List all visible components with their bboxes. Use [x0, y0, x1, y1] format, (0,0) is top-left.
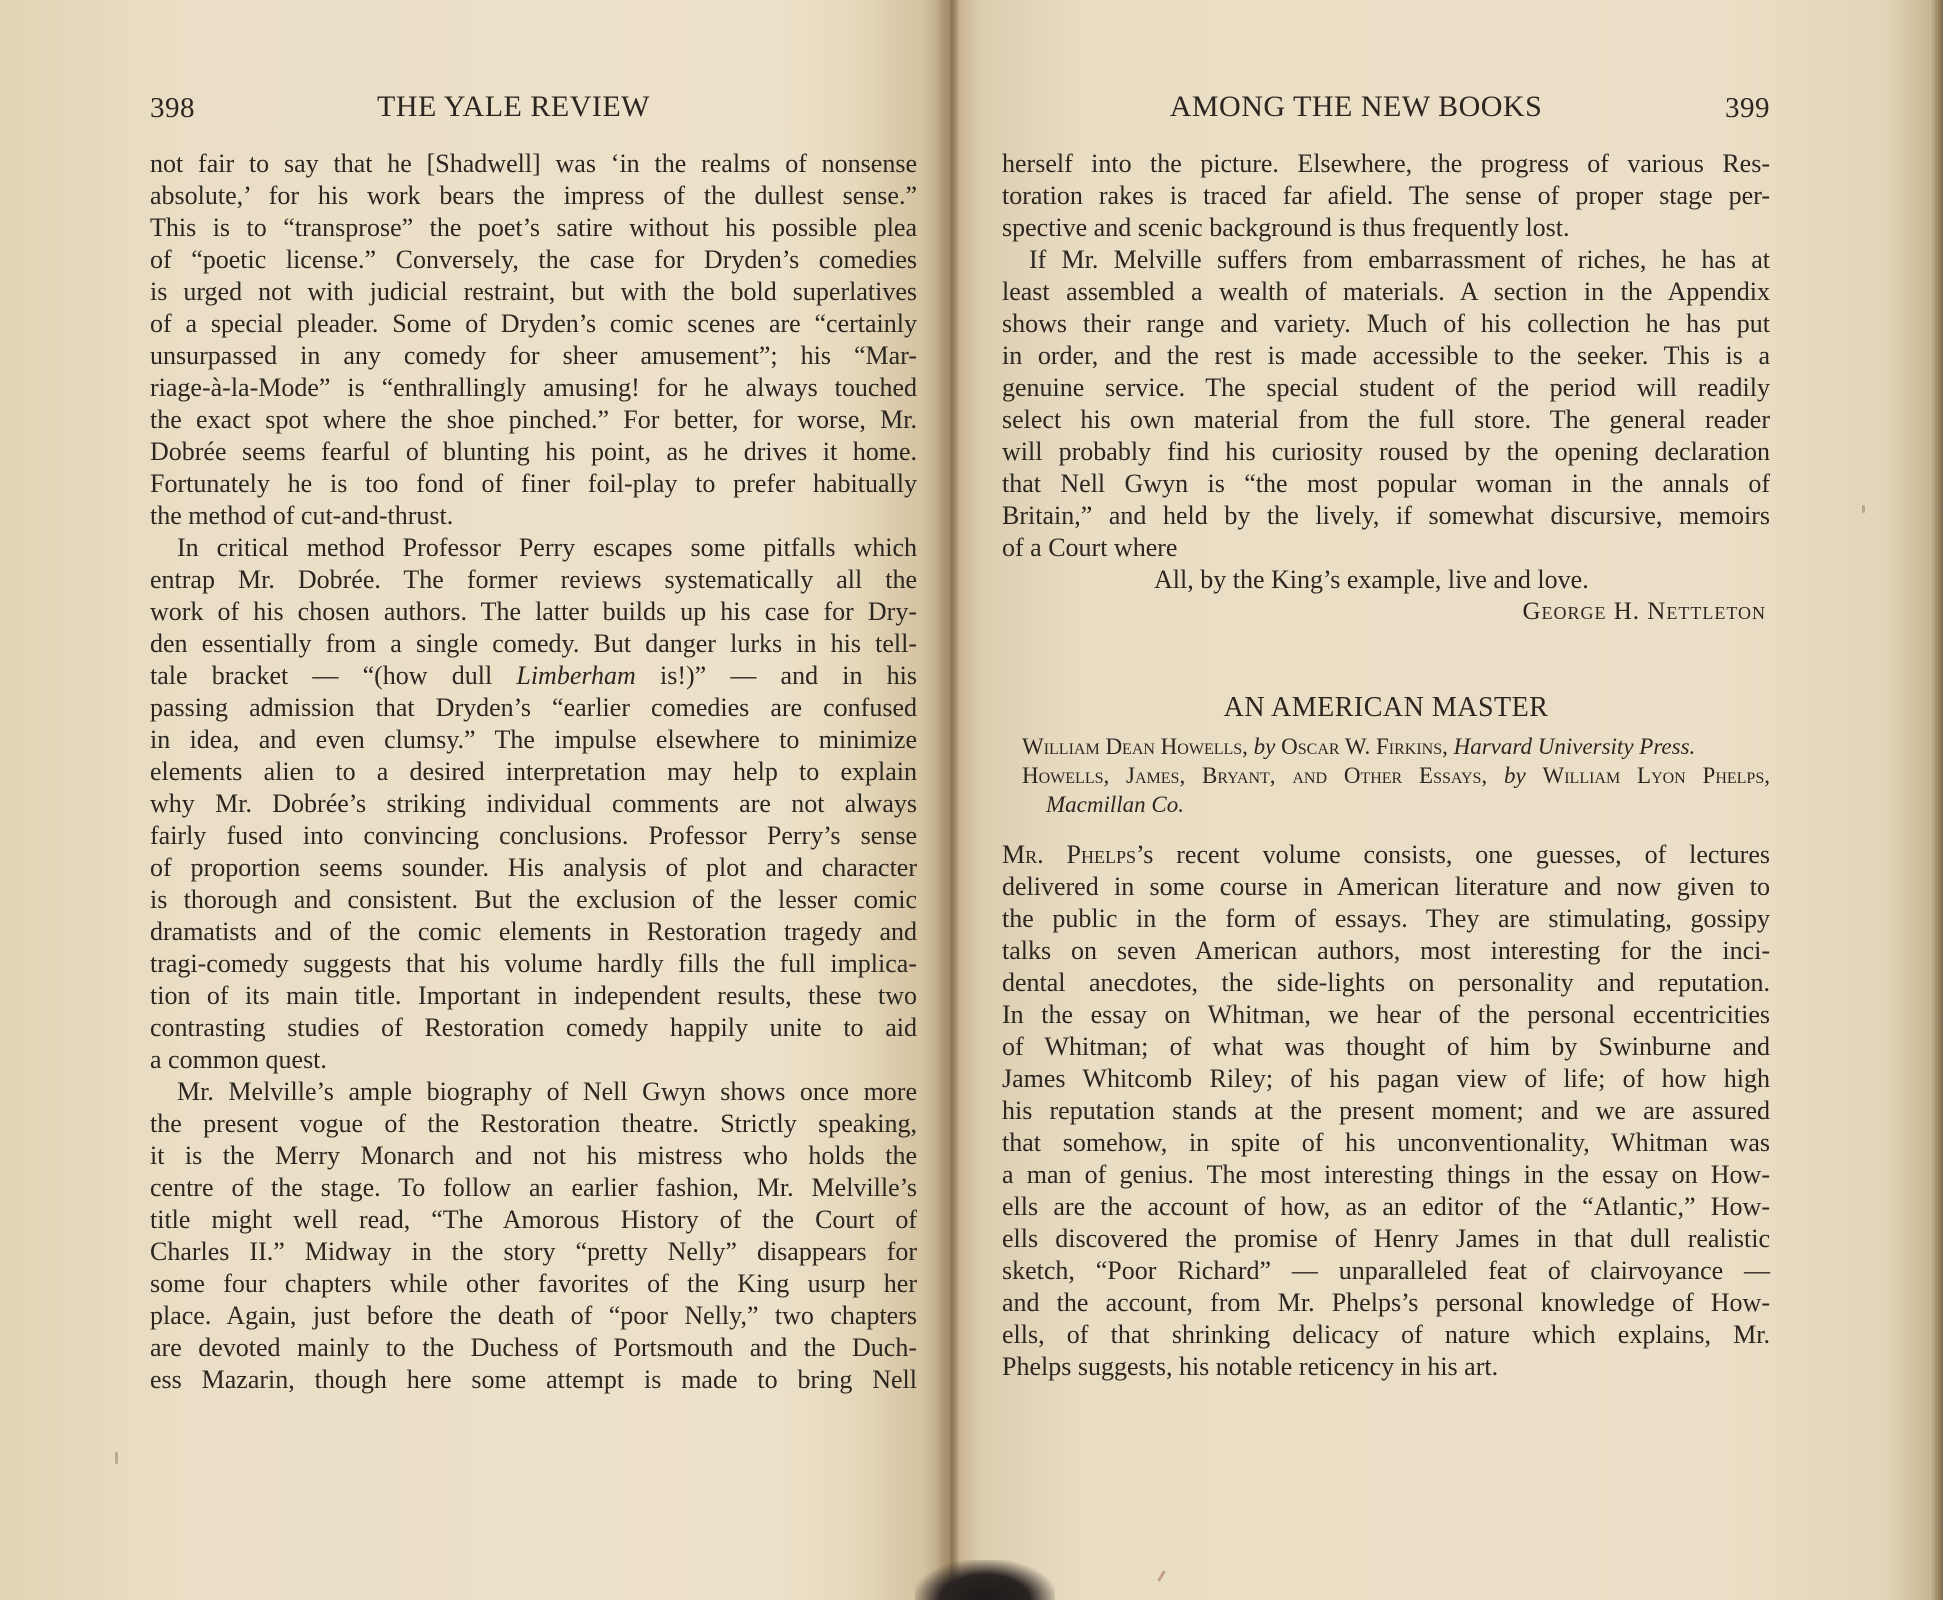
reviewer-signature: George H. Nettleton	[1002, 596, 1770, 632]
text-line: title might well read, “The Amorous Hist…	[150, 1204, 917, 1236]
text-line: place. Again, just before the death of “…	[150, 1300, 917, 1332]
paper-speck	[1862, 505, 1865, 513]
running-head-right: AMONG THE NEW BOOKS 399	[1002, 90, 1770, 130]
text-line: that somehow, in spite of his unconventi…	[1002, 1127, 1770, 1159]
text-line: entrap Mr. Dobrée. The former reviews sy…	[150, 564, 917, 596]
text-line: toration rakes is traced far afield. The…	[1002, 180, 1770, 212]
right-body-text: herself into the picture. Elsewhere, the…	[1002, 148, 1770, 1383]
text-line: genuine service. The special student of …	[1002, 372, 1770, 404]
text-line: it is the Merry Monarch and not his mist…	[150, 1140, 917, 1172]
paragraph-start: If Mr. Melville suffers from embarrassme…	[1002, 244, 1770, 276]
text-line: Charles II.” Midway in the story “pretty…	[150, 1236, 917, 1268]
text-line: spective and scenic background is thus f…	[1002, 212, 1770, 244]
text-line: his reputation stands at the present mom…	[1002, 1095, 1770, 1127]
text-span: tale bracket — “(how dull	[150, 661, 516, 690]
text-line: a man of genius. The most interesting th…	[1002, 1159, 1770, 1191]
text-line: absolute,’ for his work bears the impres…	[150, 180, 917, 212]
left-body-text: not fair to say that he [Shadwell] was ‘…	[150, 148, 917, 1396]
section-running-title: AMONG THE NEW BOOKS	[942, 90, 1770, 124]
text-line: the method of cut-and-thrust.	[150, 500, 917, 532]
text-line: dramatists and of the comic elements in …	[150, 916, 917, 948]
left-page: 398 THE YALE REVIEW not fair to say that…	[150, 0, 917, 1600]
text-line: select his own material from the full st…	[1002, 404, 1770, 436]
text-line: will probably find his curiosity roused …	[1002, 436, 1770, 468]
text-span: is!)” — and in his	[636, 661, 917, 690]
text-line: delivered in some course in American lit…	[1002, 871, 1770, 903]
right-page: AMONG THE NEW BOOKS 399 herself into the…	[1002, 0, 1770, 1600]
book-publisher: Macmillan Co.	[1046, 792, 1184, 817]
text-line: of a Court where	[1002, 532, 1770, 564]
text-line: is urged not with judicial restraint, bu…	[150, 276, 917, 308]
journal-title: THE YALE REVIEW	[110, 90, 917, 124]
text-line: least assembled a wealth of materials. A…	[1002, 276, 1770, 308]
text-line: Dobrée seems fearful of blunting his poi…	[150, 436, 917, 468]
running-head-left: 398 THE YALE REVIEW	[150, 90, 917, 130]
text-line: ells are the account of how, as an edito…	[1002, 1191, 1770, 1223]
text-line: talks on seven American authors, most in…	[1002, 935, 1770, 967]
text-line: is thorough and consistent. But the excl…	[150, 884, 917, 916]
text-line: fairly fused into convincing conclusions…	[150, 820, 917, 852]
text-line: the present vogue of the Restoration the…	[150, 1108, 917, 1140]
book-author: Oscar W. Firkins,	[1281, 734, 1448, 759]
text-line: why Mr. Dobrée’s striking individual com…	[150, 788, 917, 820]
page-edge	[1929, 0, 1943, 1600]
book-title: Howells, James, Bryant, and Other Essays…	[1022, 763, 1487, 788]
text-line: in order, and the rest is made accessibl…	[1002, 340, 1770, 372]
text-line: of proportion seems sounder. His analysi…	[150, 852, 917, 884]
text-line: that Nell Gwyn is “the most popular woma…	[1002, 468, 1770, 500]
text-line: sketch, “Poor Richard” — unparalleled fe…	[1002, 1255, 1770, 1287]
text-line: Britain,” and held by the lively, if som…	[1002, 500, 1770, 532]
text-span: ’s recent volume consists, one guesses, …	[1136, 840, 1770, 869]
review-heading: AN AMERICAN MASTER	[1002, 692, 1770, 732]
text-line: ells, of that shrinking delicacy of natu…	[1002, 1319, 1770, 1351]
bibliography-entry: Howells, James, Bryant, and Other Essays…	[1022, 761, 1770, 819]
text-line: den essentially from a single comedy. Bu…	[150, 628, 917, 660]
paragraph-start: In critical method Professor Perry escap…	[150, 532, 917, 564]
paper-speck	[115, 1452, 118, 1464]
italic-title: Limberham	[516, 661, 635, 690]
text-line: tragi-comedy suggests that his volume ha…	[150, 948, 917, 980]
text-line: are devoted mainly to the Duchess of Por…	[150, 1332, 917, 1364]
text-line: a common quest.	[150, 1044, 917, 1076]
text-line: unsurpassed in any comedy for sheer amus…	[150, 340, 917, 372]
text-line: of a special pleader. Some of Dryden’s c…	[150, 308, 917, 340]
text-line: of Whitman; of what was thought of him b…	[1002, 1031, 1770, 1063]
book-author: William Lyon Phelps,	[1543, 763, 1770, 788]
text-line: dental anecdotes, the side-lights on per…	[1002, 967, 1770, 999]
spacer	[1002, 819, 1770, 839]
book-gutter	[935, 0, 959, 1600]
text-line-limberham: tale bracket — “(how dull Limberham is!)…	[150, 660, 917, 692]
text-line: of “poetic license.” Conversely, the cas…	[150, 244, 917, 276]
page-number: 399	[1725, 92, 1770, 125]
text-line: passing admission that Dryden’s “earlier…	[150, 692, 917, 724]
text-line: ess Mazarin, though here some attempt is…	[150, 1364, 917, 1396]
text-line: In the essay on Whitman, we hear of the …	[1002, 999, 1770, 1031]
by-word: by	[1504, 763, 1526, 788]
text-line: Phelps suggests, his notable reticency i…	[1002, 1351, 1770, 1383]
text-line: centre of the stage. To follow an earlie…	[150, 1172, 917, 1204]
verse-quotation: All, by the King’s example, live and lov…	[1002, 564, 1770, 596]
book-publisher: Harvard University Press.	[1454, 734, 1696, 759]
text-line: the public in the form of essays. They a…	[1002, 903, 1770, 935]
text-line: This is to “transprose” the poet’s satir…	[150, 212, 917, 244]
text-line: elements alien to a desired interpretati…	[150, 756, 917, 788]
text-line: and the account, from Mr. Phelps’s perso…	[1002, 1287, 1770, 1319]
text-line: contrasting studies of Restoration comed…	[150, 1012, 917, 1044]
text-line: tion of its main title. Important in ind…	[150, 980, 917, 1012]
text-line: riage-à-la-Mode” is “enthrallingly amusi…	[150, 372, 917, 404]
book-title: William Dean Howells,	[1022, 734, 1248, 759]
text-line: Fortunately he is too fond of finer foil…	[150, 468, 917, 500]
by-word: by	[1254, 734, 1276, 759]
text-line: in idea, and even clumsy.” The impulse e…	[150, 724, 917, 756]
text-line: shows their range and variety. Much of h…	[1002, 308, 1770, 340]
bibliography-entry: William Dean Howells, by Oscar W. Firkin…	[1022, 732, 1770, 761]
opening-smallcaps: Mr. Phelps	[1002, 840, 1136, 869]
text-line: not fair to say that he [Shadwell] was ‘…	[150, 148, 917, 180]
paragraph-start: Mr. Melville’s ample biography of Nell G…	[150, 1076, 917, 1108]
review-opening-line: Mr. Phelps’s recent volume consists, one…	[1002, 839, 1770, 871]
spacer	[1002, 632, 1770, 686]
text-line: ells discovered the promise of Henry Jam…	[1002, 1223, 1770, 1255]
text-line: herself into the picture. Elsewhere, the…	[1002, 148, 1770, 180]
text-line: work of his chosen authors. The latter b…	[150, 596, 917, 628]
text-line: the exact spot where the shoe pinched.” …	[150, 404, 917, 436]
text-line: James Whitcomb Riley; of his pagan view …	[1002, 1063, 1770, 1095]
text-line: some four chapters while other favorites…	[150, 1268, 917, 1300]
